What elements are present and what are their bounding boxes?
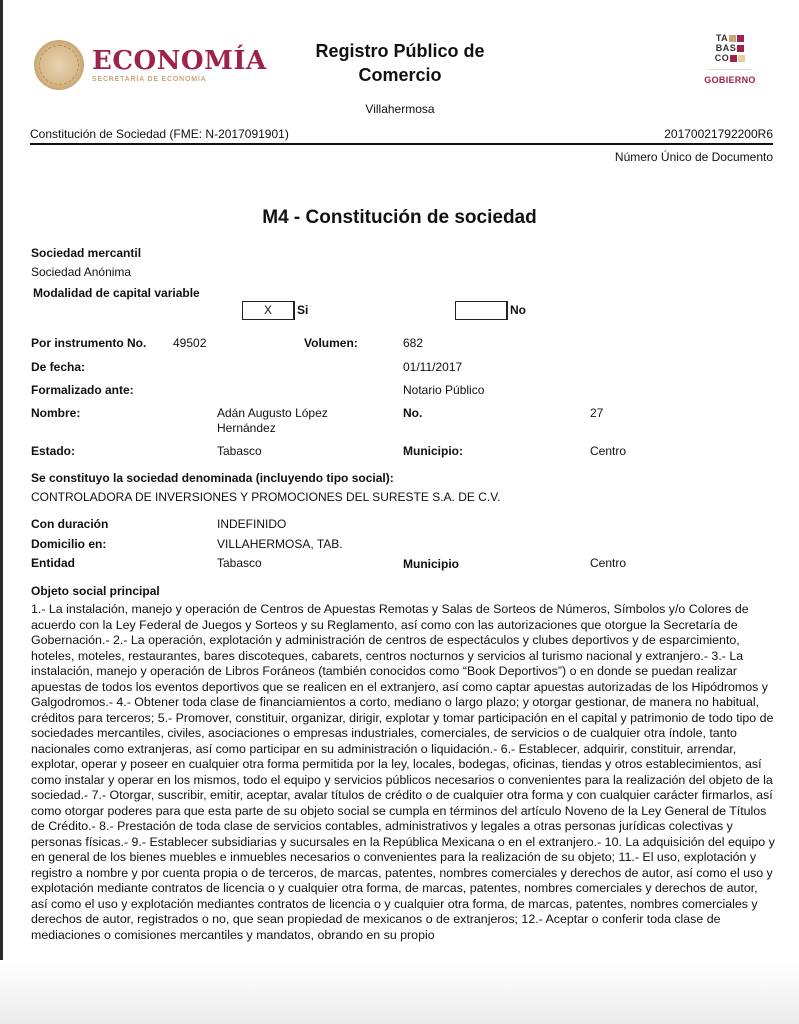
page-header-title: Registro Público de Comercio: [290, 39, 510, 87]
formalizado-label: Formalizado ante:: [31, 383, 134, 397]
capital-variable-si-checkbox[interactable]: X: [242, 301, 294, 320]
denominada-value: CONTROLADORA DE INVERSIONES Y PROMOCIONE…: [31, 490, 500, 504]
capital-variable-no-label: No: [507, 301, 526, 320]
economia-logo: ECONOMÍA SECRETARÍA DE ECONOMÍA: [34, 40, 267, 90]
duracion-value: INDEFINIDO: [217, 517, 286, 531]
instrumento-value: 49502: [173, 336, 206, 350]
economia-logo-title: ECONOMÍA: [92, 47, 267, 75]
capital-variable-si-label: Si: [294, 301, 308, 320]
notario-no-label: No.: [403, 406, 422, 420]
formalizado-value: Notario Público: [403, 383, 484, 397]
document-number: 20170021792200R6: [664, 127, 773, 141]
objeto-label: Objeto social principal: [31, 584, 160, 598]
tabasco-logo-row: BAS: [716, 43, 737, 53]
modalidad-label: Modalidad de capital variable: [33, 286, 200, 300]
tabasco-logo-row: CO: [715, 53, 730, 63]
document-page: ECONOMÍA SECRETARÍA DE ECONOMÍA Registro…: [0, 0, 799, 1024]
municipio2-label: Municipio: [403, 557, 459, 571]
capital-variable-no-checkbox[interactable]: [455, 301, 507, 320]
denominada-label: Se constituyo la sociedad denominada (in…: [31, 471, 394, 485]
document-title: M4 - Constitución de sociedad: [0, 207, 799, 229]
coat-of-arms-icon: [34, 40, 84, 90]
municipio2-value: Centro: [590, 556, 626, 570]
objeto-social-text: 1.- La instalación, manejo y operación d…: [31, 602, 776, 943]
nombre-value-line1: Adán Augusto López: [217, 406, 328, 420]
entidad-label: Entidad: [31, 556, 75, 570]
volumen-value: 682: [403, 336, 423, 350]
tabasco-logo-row: TA: [716, 33, 728, 43]
economia-logo-subtitle: SECRETARÍA DE ECONOMÍA: [92, 76, 267, 83]
entidad-value: Tabasco: [217, 556, 262, 570]
estado-value: Tabasco: [217, 444, 262, 458]
fecha-value: 01/11/2017: [403, 360, 462, 374]
municipio-value: Centro: [590, 444, 626, 458]
document-number-label: Número Único de Documento: [615, 150, 773, 164]
notario-no-value: 27: [590, 406, 603, 420]
sociedad-mercantil-value: Sociedad Anónima: [31, 265, 131, 279]
volumen-label: Volumen:: [304, 336, 358, 350]
tabasco-gobierno-logo: TA BAS CO GOBIERNO: [700, 33, 760, 85]
logo-divider: [708, 69, 752, 70]
fme-reference: Constitución de Sociedad (FME: N-2017091…: [30, 127, 289, 141]
domicilio-label: Domicilio en:: [31, 537, 106, 551]
sociedad-mercantil-label: Sociedad mercantil: [31, 246, 141, 260]
gobierno-label: GOBIERNO: [700, 75, 760, 85]
municipio-label: Municipio:: [403, 444, 463, 458]
duracion-label: Con duración: [31, 517, 108, 531]
nombre-label: Nombre:: [31, 406, 80, 420]
fecha-label: De fecha:: [31, 360, 85, 374]
header-city: Villahermosa: [300, 102, 500, 116]
nombre-value-line2: Hernández: [217, 421, 276, 435]
instrumento-label: Por instrumento No.: [31, 336, 146, 350]
estado-label: Estado:: [31, 444, 75, 458]
domicilio-value: VILLAHERMOSA, TAB.: [217, 537, 343, 551]
reference-line: Constitución de Sociedad (FME: N-2017091…: [30, 127, 773, 145]
